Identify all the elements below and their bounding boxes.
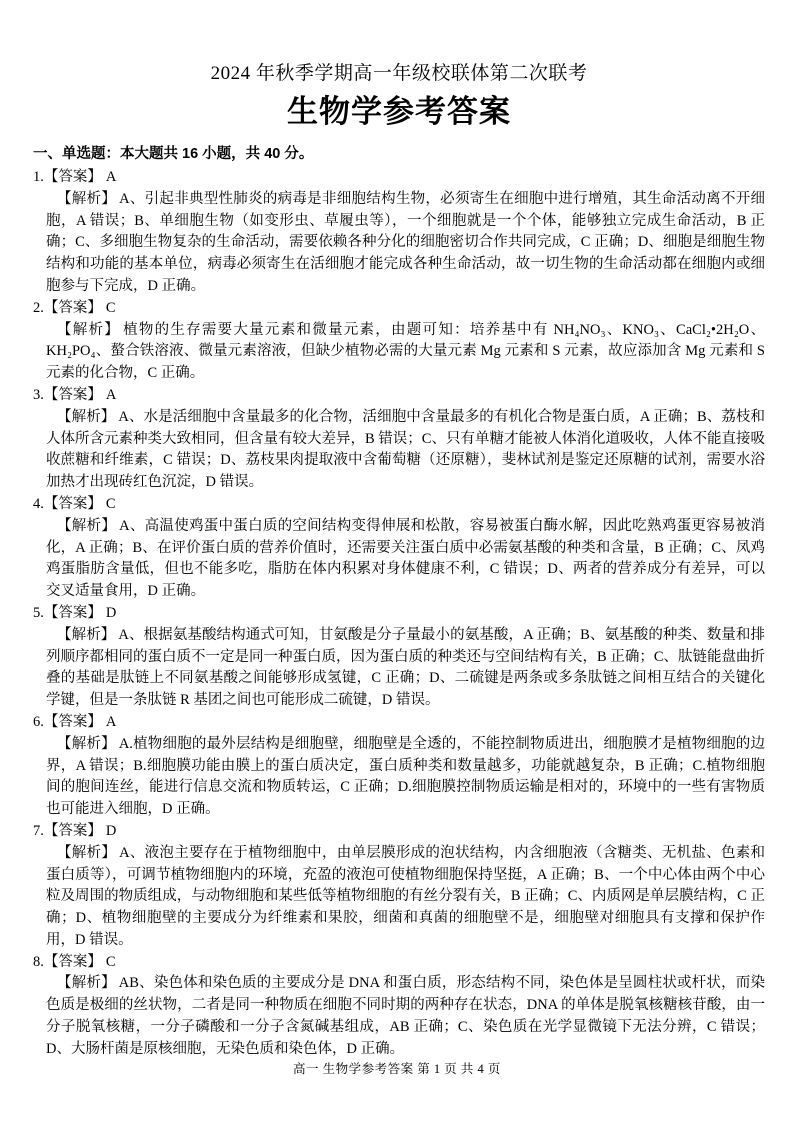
analysis-label: 【解析】 (57, 518, 116, 534)
analysis-text: A、高温使鸡蛋中蛋白质的空间结构变得伸展和松散，容易被蛋白酶水解，因此吃熟鸡蛋更… (46, 518, 765, 599)
answer-line: 2.【答案】C (33, 298, 765, 320)
question-number: 5. (33, 605, 44, 621)
answer-key-page: 2024 年秋季学期高一年级校联体第二次联考 生物学参考答案 一、单选题：本大题… (0, 0, 794, 1123)
answer-label: 【答案】 (44, 169, 102, 185)
analysis-text: AB、染色体和染色质的主要成分是 DNA 和蛋白质，形态结构不同，染色体是呈圆柱… (46, 975, 765, 1056)
question-block: 2.【答案】C 【解析】植物的生存需要大量元素和微量元素，由题可知：培养基中有 … (33, 298, 765, 385)
analysis-paragraph: 【解析】A、高温使鸡蛋中蛋白质的空间结构变得伸展和松散，容易被蛋白酶水解，因此吃… (46, 516, 765, 603)
analysis-text: A、水是活细胞中含量最多的化合物，活细胞中含量最多的有机化合物是蛋白质，A 正确… (46, 409, 765, 490)
answer-line: 5.【答案】D (33, 603, 765, 625)
answer-label: 【答案】 (44, 496, 102, 512)
page-footer: 高一 生物学参考答案 第 1 页 共 4 页 (0, 1060, 794, 1078)
questions-list: 1.【答案】A 【解析】A、引起非典型性肺炎的病毒是非细胞结构生物，必须寄生在细… (33, 167, 765, 1061)
answer-line: 4.【答案】C (33, 494, 765, 516)
question-number: 1. (33, 169, 44, 185)
answer-label: 【答案】 (44, 387, 102, 403)
answer-value: D (106, 823, 116, 839)
answer-line: 6.【答案】A (33, 712, 765, 734)
question-number: 7. (33, 823, 44, 839)
analysis-label: 【解析】 (57, 975, 116, 991)
analysis-label: 【解析】 (57, 409, 115, 425)
answer-label: 【答案】 (44, 300, 102, 316)
question-block: 3.【答案】A 【解析】A、水是活细胞中含量最多的化合物，活细胞中含量最多的有机… (33, 385, 765, 494)
answer-value: C (106, 496, 116, 512)
analysis-label: 【解析】 (57, 191, 116, 207)
analysis-label: 【解析】 (57, 322, 120, 338)
analysis-paragraph: 【解析】A、引起非典型性肺炎的病毒是非细胞结构生物，必须寄生在细胞中进行增殖，其… (46, 189, 765, 298)
analysis-text: A、引起非典型性肺炎的病毒是非细胞结构生物，必须寄生在细胞中进行增殖，其生命活动… (46, 191, 765, 294)
answer-value: C (106, 300, 116, 316)
document-title: 生物学参考答案 (33, 90, 765, 134)
answer-line: 3.【答案】A (33, 385, 765, 407)
question-number: 2. (33, 300, 44, 316)
answer-label: 【答案】 (44, 605, 102, 621)
question-number: 4. (33, 496, 44, 512)
question-block: 6.【答案】A 【解析】A.植物细胞的最外层结构是细胞壁，细胞壁是全透的，不能控… (33, 712, 765, 821)
answer-line: 8.【答案】C (33, 952, 765, 974)
answer-value: C (106, 954, 116, 970)
question-block: 5.【答案】D 【解析】A、根据氨基酸结构通式可知，甘氨酸是分子量最小的氨基酸，… (33, 603, 765, 712)
analysis-text: A.植物细胞的最外层结构是细胞壁，细胞壁是全透的，不能控制物质进出，细胞膜才是植… (46, 736, 765, 817)
analysis-paragraph: 【解析】A、液泡主要存在于植物细胞中，由单层膜形成的泡状结构，内含细胞液（含糖类… (46, 843, 765, 952)
question-number: 3. (33, 387, 44, 403)
question-block: 8.【答案】C 【解析】AB、染色体和染色质的主要成分是 DNA 和蛋白质，形态… (33, 952, 765, 1061)
analysis-label: 【解析】 (57, 736, 116, 752)
analysis-text: A、液泡主要存在于植物细胞中，由单层膜形成的泡状结构，内含细胞液（含糖类、无机盐… (46, 845, 765, 948)
analysis-paragraph: 【解析】植物的生存需要大量元素和微量元素，由题可知：培养基中有 NH₄NO₃、K… (46, 320, 765, 385)
question-block: 7.【答案】D 【解析】A、液泡主要存在于植物细胞中，由单层膜形成的泡状结构，内… (33, 821, 765, 952)
answer-value: A (106, 169, 116, 185)
question-number: 6. (33, 714, 44, 730)
question-block: 4.【答案】C 【解析】A、高温使鸡蛋中蛋白质的空间结构变得伸展和松散，容易被蛋… (33, 494, 765, 603)
analysis-text: A、根据氨基酸结构通式可知，甘氨酸是分子量最小的氨基酸，A 正确；B、氨基酸的种… (46, 627, 765, 708)
answer-label: 【答案】 (44, 714, 102, 730)
question-block: 1.【答案】A 【解析】A、引起非典型性肺炎的病毒是非细胞结构生物，必须寄生在细… (33, 167, 765, 298)
analysis-text: 植物的生存需要大量元素和微量元素，由题可知：培养基中有 NH₄NO₃、KNO₃、… (46, 322, 765, 382)
analysis-label: 【解析】 (57, 845, 116, 861)
answer-label: 【答案】 (44, 954, 102, 970)
analysis-paragraph: 【解析】A、水是活细胞中含量最多的化合物，活细胞中含量最多的有机化合物是蛋白质，… (46, 407, 765, 494)
answer-label: 【答案】 (44, 823, 102, 839)
exam-title: 2024 年秋季学期高一年级校联体第二次联考 (33, 60, 765, 87)
section-header: 一、单选题：本大题共 16 小题，共 40 分。 (33, 143, 765, 165)
analysis-paragraph: 【解析】A.植物细胞的最外层结构是细胞壁，细胞壁是全透的，不能控制物质进出，细胞… (46, 734, 765, 821)
answer-line: 7.【答案】D (33, 821, 765, 843)
answer-value: D (106, 605, 116, 621)
analysis-label: 【解析】 (57, 627, 115, 643)
analysis-paragraph: 【解析】AB、染色体和染色质的主要成分是 DNA 和蛋白质，形态结构不同，染色体… (46, 973, 765, 1060)
answer-value: A (106, 714, 116, 730)
question-number: 8. (33, 954, 44, 970)
analysis-paragraph: 【解析】A、根据氨基酸结构通式可知，甘氨酸是分子量最小的氨基酸，A 正确；B、氨… (46, 625, 765, 712)
answer-value: A (106, 387, 116, 403)
answer-line: 1.【答案】A (33, 167, 765, 189)
